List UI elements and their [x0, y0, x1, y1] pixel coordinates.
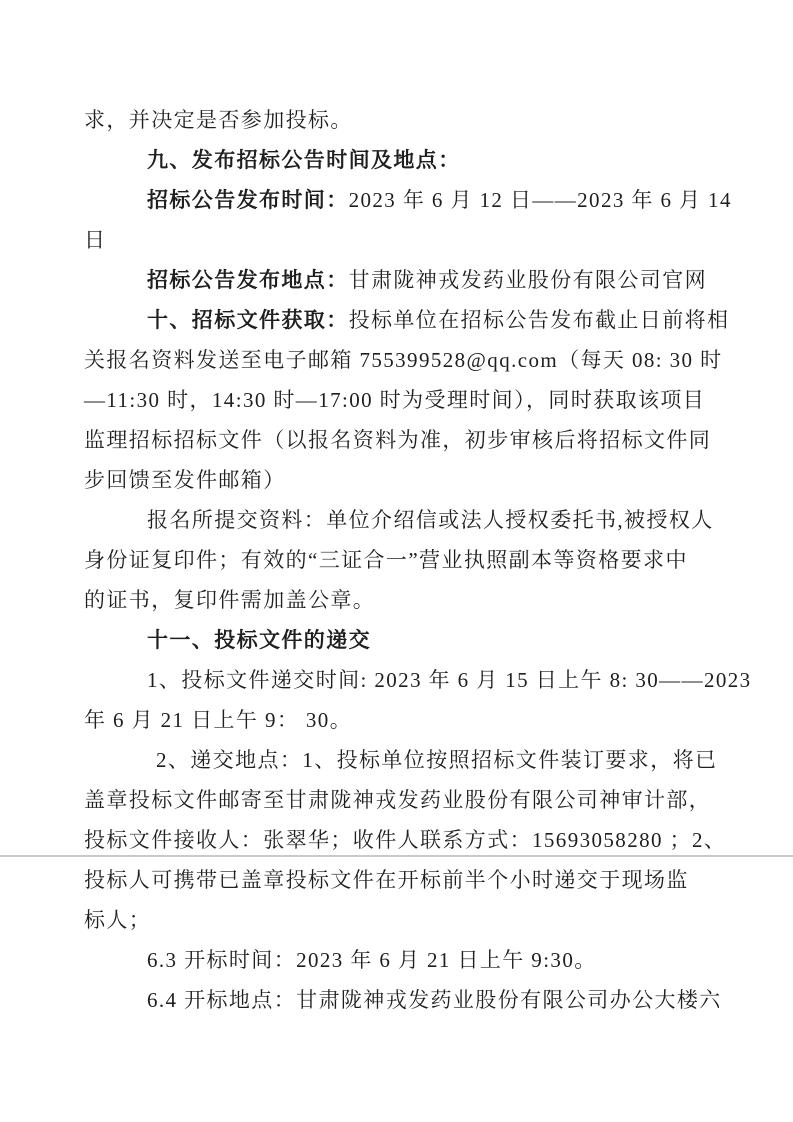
text-segment: 投标文件接收人：张翠华；收件人联系方式：15693058280 ；2、 — [84, 828, 726, 852]
heading-segment: 招标公告发布时间： — [147, 188, 349, 212]
text-segment: 6.4 开标地点：甘肃陇神戎发药业股份有限公司办公大楼六 — [147, 988, 722, 1012]
text-segment: 6.3 开标时间：2023 年 6 月 21 日上午 9:30。 — [147, 948, 597, 972]
text-segment: 标人； — [84, 908, 151, 932]
text-line: 投标人可携带已盖章投标文件在开标前半个小时递交于现场监 — [84, 860, 724, 900]
document-text-block: 求，并决定是否参加投标。九、发布招标公告时间及地点：招标公告发布时间：2023 … — [84, 100, 724, 1020]
text-segment: 报名所提交资料：单位介绍信或法人授权委托书,被授权人 — [147, 508, 714, 532]
text-line: 九、发布招标公告时间及地点： — [84, 140, 724, 180]
text-segment: 投标单位在招标公告发布截止日前将相 — [349, 308, 730, 332]
text-line: —11:30 时，14:30 时—17:00 时为受理时间），同时获取该项目 — [84, 380, 724, 420]
text-line: 6.4 开标地点：甘肃陇神戎发药业股份有限公司办公大楼六 — [84, 980, 724, 1020]
text-segment: 2、递交地点：1、投标单位按照招标文件装订要求，将已 — [156, 748, 717, 772]
text-line: 关报名资料发送至电子邮箱 755399528@qq.com（每天 08: 30 … — [84, 340, 724, 380]
text-line: 十一、投标文件的递交 — [84, 620, 724, 660]
text-segment: —11:30 时，14:30 时—17:00 时为受理时间），同时获取该项目 — [84, 388, 705, 412]
text-line: 年 6 月 21 日上午 9： 30。 — [84, 700, 724, 740]
text-line: 报名所提交资料：单位介绍信或法人授权委托书,被授权人 — [84, 500, 724, 540]
text-line: 1、投标文件递交时间: 2023 年 6 月 15 日上午 8: 30——202… — [84, 660, 724, 700]
text-segment: 甘肃陇神戎发药业股份有限公司官网 — [349, 268, 707, 292]
text-line: 日 — [84, 220, 724, 260]
text-segment: 投标人可携带已盖章投标文件在开标前半个小时递交于现场监 — [84, 868, 689, 892]
text-line: 身份证复印件；有效的“三证合一”营业执照副本等资格要求中 — [84, 540, 724, 580]
text-line: 2、递交地点：1、投标单位按照招标文件装订要求，将已 — [84, 740, 724, 780]
text-segment: 步回馈至发件邮箱） — [84, 468, 286, 492]
text-line: 步回馈至发件邮箱） — [84, 460, 724, 500]
text-line: 标人； — [84, 900, 724, 940]
text-line: 十、招标文件获取：投标单位在招标公告发布截止日前将相 — [84, 300, 724, 340]
text-line: 的证书，复印件需加盖公章。 — [84, 580, 724, 620]
text-segment: 年 6 月 21 日上午 9： 30。 — [84, 708, 352, 732]
heading-segment: 十、招标文件获取： — [147, 308, 349, 332]
text-segment: 的证书，复印件需加盖公章。 — [84, 588, 375, 612]
heading-segment: 九、发布招标公告时间及地点： — [147, 148, 461, 172]
heading-segment: 招标公告发布地点： — [147, 268, 349, 292]
text-segment: 日 — [84, 228, 106, 252]
text-segment: 身份证复印件；有效的“三证合一”营业执照副本等资格要求中 — [84, 548, 688, 572]
document-page: 求，并决定是否参加投标。九、发布招标公告时间及地点：招标公告发布时间：2023 … — [0, 0, 793, 1122]
text-line: 6.3 开标时间：2023 年 6 月 21 日上午 9:30。 — [84, 940, 724, 980]
scan-divider-line — [0, 855, 793, 857]
text-line: 监理招标招标文件（以报名资料为准，初步审核后将招标文件同 — [84, 420, 724, 460]
text-segment: 盖章投标文件邮寄至甘肃陇神戎发药业股份有限公司神审计部， — [84, 788, 711, 812]
text-segment: 1、投标文件递交时间: 2023 年 6 月 15 日上午 8: 30——202… — [147, 668, 752, 692]
text-line: 求，并决定是否参加投标。 — [84, 100, 724, 140]
text-line: 盖章投标文件邮寄至甘肃陇神戎发药业股份有限公司神审计部， — [84, 780, 724, 820]
text-line: 招标公告发布时间：2023 年 6 月 12 日——2023 年 6 月 14 — [84, 180, 724, 220]
text-segment: 监理招标招标文件（以报名资料为准，初步审核后将招标文件同 — [84, 428, 711, 452]
text-segment: 关报名资料发送至电子邮箱 755399528@qq.com（每天 08: 30 … — [84, 348, 722, 372]
text-line: 投标文件接收人：张翠华；收件人联系方式：15693058280 ；2、 — [84, 820, 724, 860]
text-segment: 求，并决定是否参加投标。 — [84, 108, 353, 132]
text-line: 招标公告发布地点：甘肃陇神戎发药业股份有限公司官网 — [84, 260, 724, 300]
text-segment: 2023 年 6 月 12 日——2023 年 6 月 14 — [349, 188, 732, 212]
heading-segment: 十一、投标文件的递交 — [147, 628, 371, 652]
